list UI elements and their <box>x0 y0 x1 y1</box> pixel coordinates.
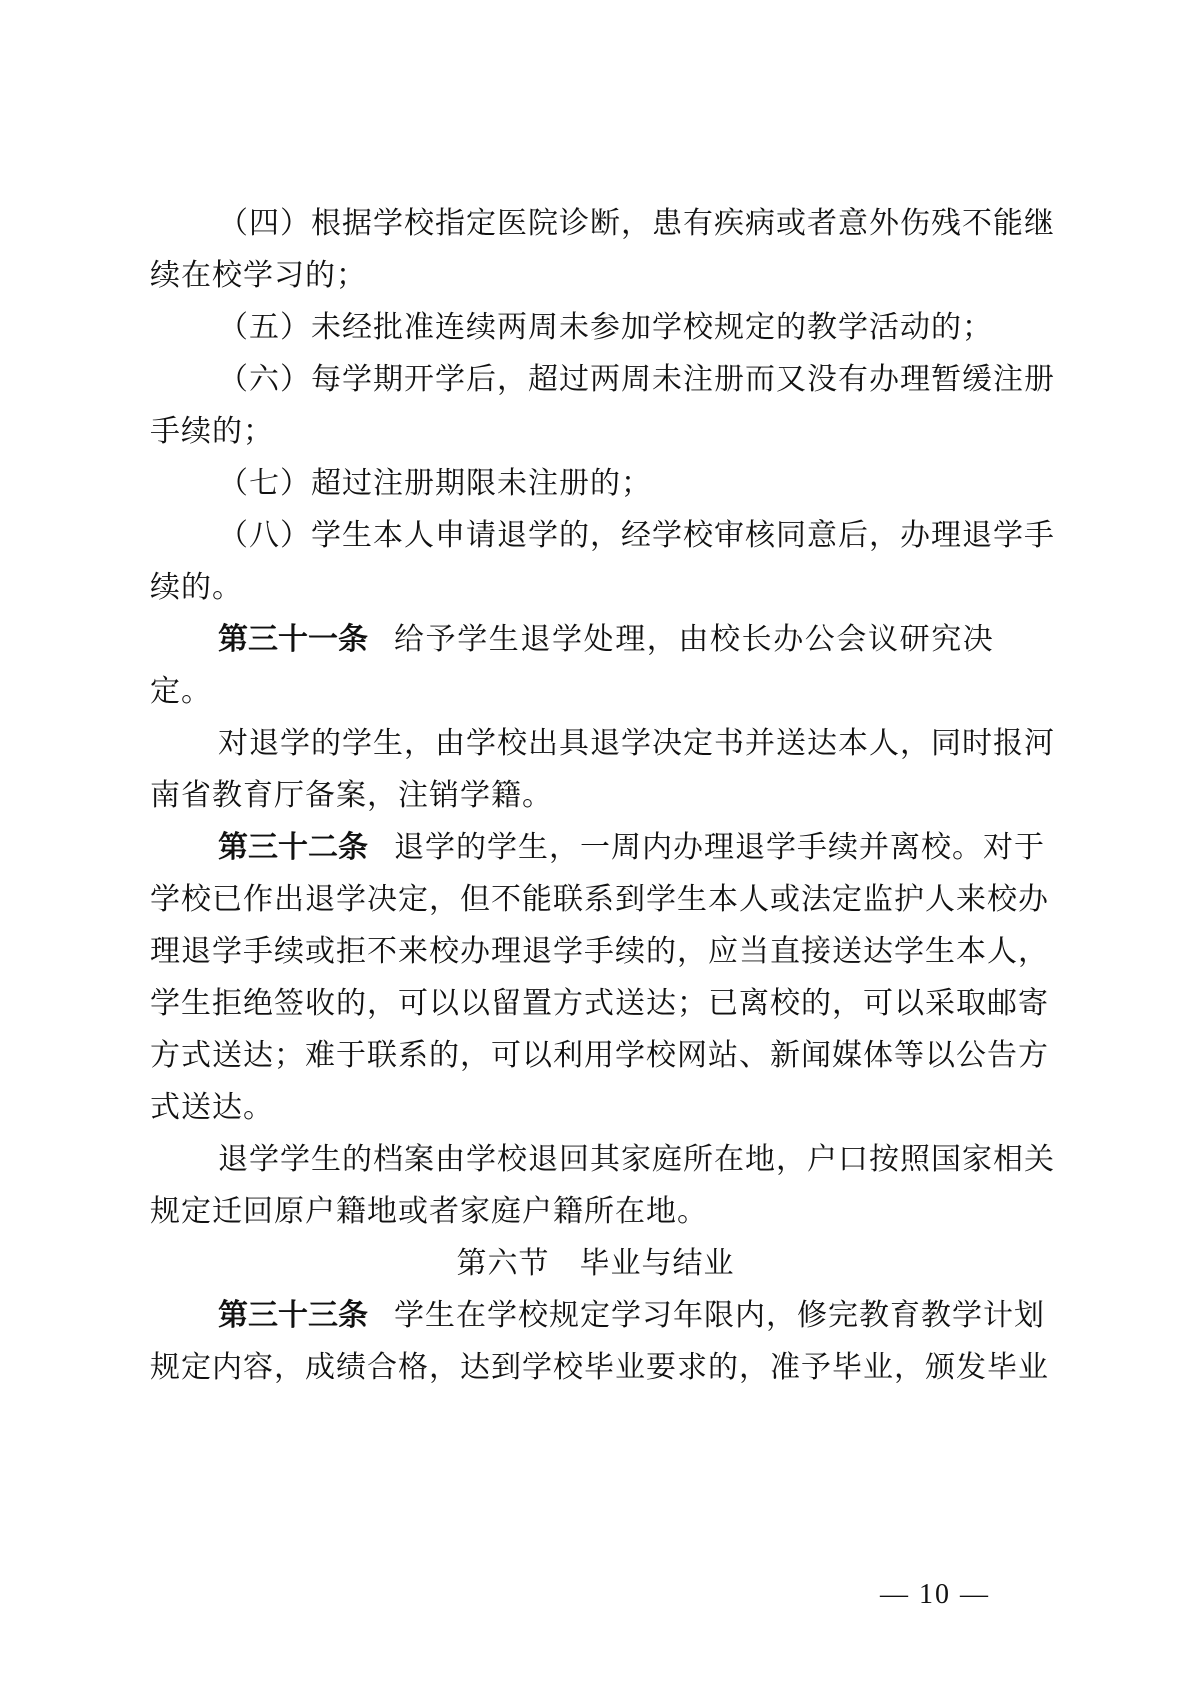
paragraph-line: （六）每学期开学后，超过两周未注册而又没有办理暂缓注册 <box>218 362 1108 398</box>
page-number: — 10 — <box>880 1578 990 1612</box>
article-text: 学生在学校规定学习年限内，修完教育教学计划 <box>394 1298 1045 1333</box>
section-number: 第六节 <box>457 1246 550 1281</box>
section-title: 毕业与结业 <box>580 1246 735 1281</box>
paragraph-line: （八）学生本人申请退学的，经学校审核同意后，办理退学手 <box>218 518 1108 554</box>
document-page: （四）根据学校指定医院诊断，患有疾病或者意外伤残不能继 续在校学习的； （五）未… <box>0 0 1191 1684</box>
article-32-line: 第三十二条退学的学生，一周内办理退学手续并离校。对于 <box>218 830 1108 866</box>
article-number: 第三十三条 <box>218 1298 368 1333</box>
paragraph-line: 续的。 <box>150 570 1040 606</box>
paragraph-line: 南省教育厅备案，注销学籍。 <box>150 778 1040 814</box>
paragraph-line: 手续的； <box>150 414 1040 450</box>
paragraph-line: 规定迁回原户籍地或者家庭户籍所在地。 <box>150 1194 1040 1230</box>
article-number: 第三十二条 <box>218 830 368 865</box>
paragraph-line: 理退学手续或拒不来校办理退学手续的，应当直接送达学生本人， <box>150 934 1040 970</box>
paragraph-line: 规定内容，成绩合格，达到学校毕业要求的，准予毕业，颁发毕业 <box>150 1350 1040 1386</box>
paragraph-line: 退学学生的档案由学校退回其家庭所在地，户口按照国家相关 <box>218 1142 1108 1178</box>
paragraph-line: （五）未经批准连续两周未参加学校规定的教学活动的； <box>218 310 1108 346</box>
paragraph-line: 式送达。 <box>150 1090 1040 1126</box>
paragraph-line: 方式送达；难于联系的，可以利用学校网站、新闻媒体等以公告方 <box>150 1038 1040 1074</box>
article-number: 第三十一条 <box>218 622 368 657</box>
paragraph-line: 学校已作出退学决定，但不能联系到学生本人或法定监护人来校办 <box>150 882 1040 918</box>
paragraph-line: 学生拒绝签收的，可以以留置方式送达；已离校的，可以采取邮寄 <box>150 986 1040 1022</box>
article-text: 给予学生退学处理，由校长办公会议研究决 <box>394 622 994 657</box>
section-heading: 第六节毕业与结业 <box>0 1246 1191 1282</box>
paragraph-line: （七）超过注册期限未注册的； <box>218 466 1108 502</box>
paragraph-line: 定。 <box>150 674 1040 710</box>
paragraph-line: 续在校学习的； <box>150 258 1040 294</box>
article-33-line: 第三十三条学生在学校规定学习年限内，修完教育教学计划 <box>218 1298 1108 1334</box>
paragraph-line: （四）根据学校指定医院诊断，患有疾病或者意外伤残不能继 <box>218 206 1108 242</box>
article-31-line: 第三十一条给予学生退学处理，由校长办公会议研究决 <box>218 622 1108 658</box>
paragraph-line: 对退学的学生，由学校出具退学决定书并送达本人，同时报河 <box>218 726 1108 762</box>
article-text: 退学的学生，一周内办理退学手续并离校。对于 <box>394 830 1045 865</box>
